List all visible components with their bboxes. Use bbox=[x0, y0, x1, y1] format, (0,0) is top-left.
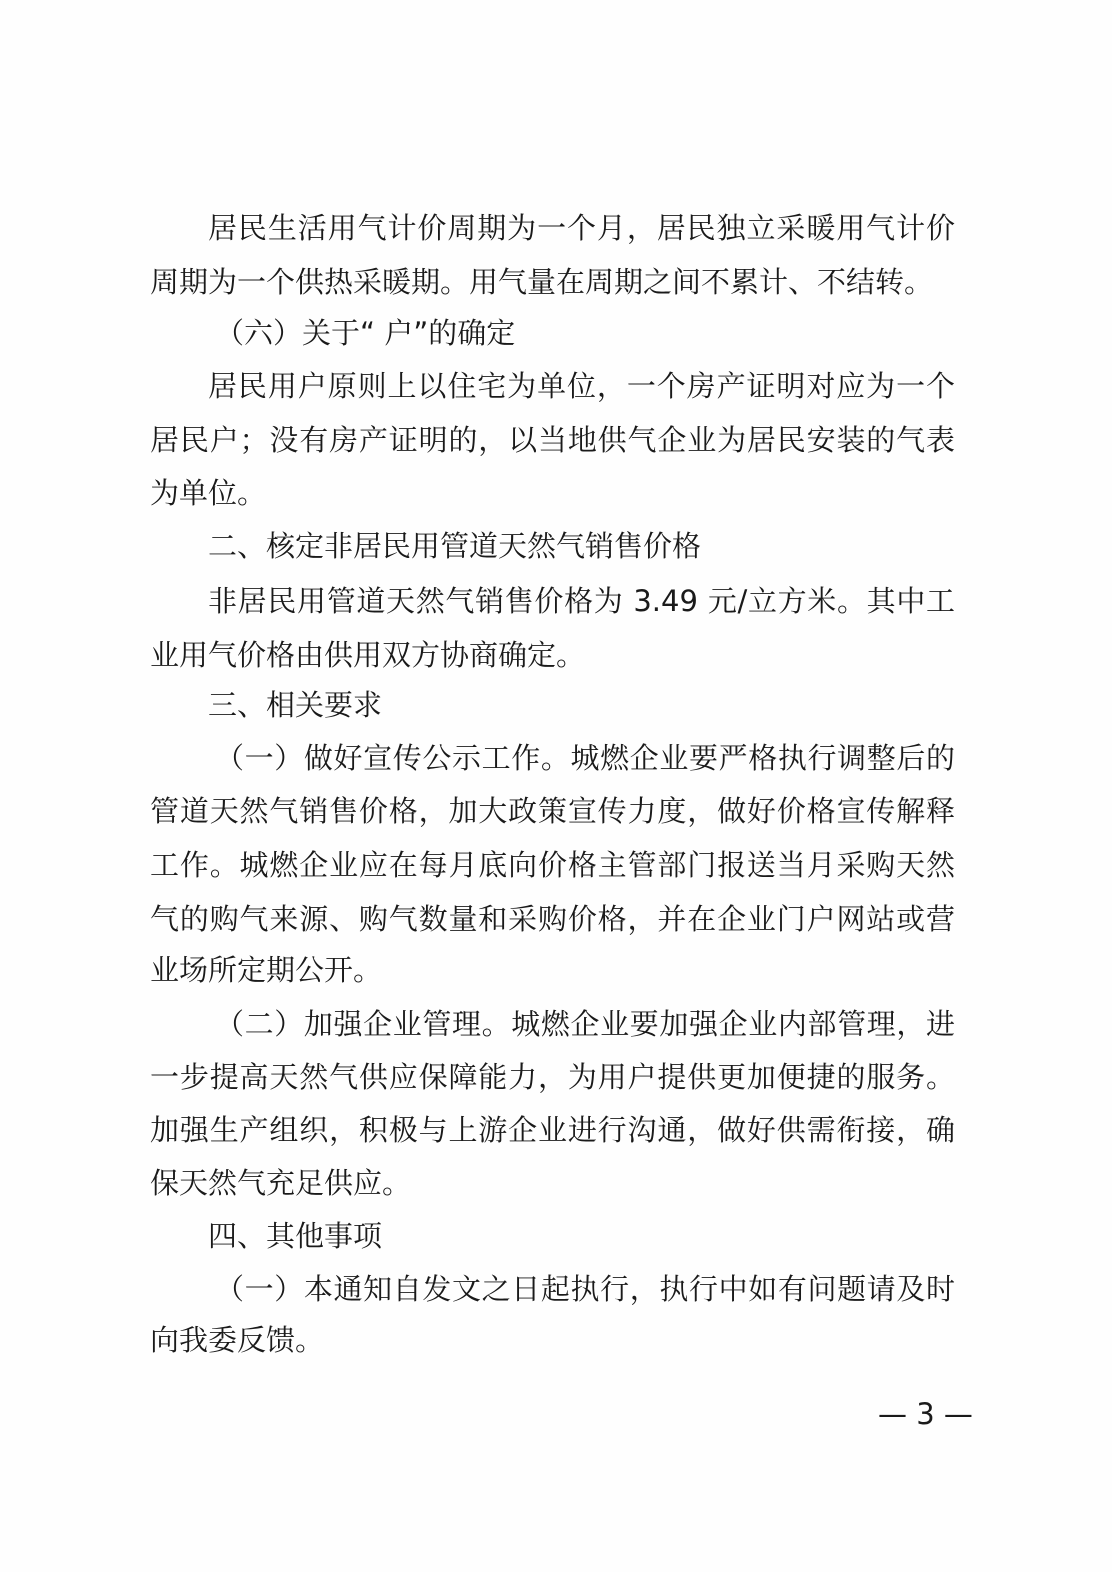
paragraph-line: 业用气价格由供用双方协商确定。 bbox=[150, 635, 585, 675]
section-heading: 三、相关要求 bbox=[208, 685, 382, 725]
paragraph-line: （一）本通知自发文之日起执行，执行中如有问题请及时 bbox=[215, 1269, 955, 1309]
section-heading: 四、其他事项 bbox=[208, 1216, 382, 1256]
paragraph-line: 周期为一个供热采暖期。用气量在周期之间不累计、不结转。 bbox=[150, 262, 933, 302]
paragraph-line: 气的购气来源、购气数量和采购价格，并在企业门户网站或营 bbox=[150, 899, 955, 939]
paragraph-line: 非居民用管道天然气销售价格为 3.49 元/立方米。其中工 bbox=[208, 581, 955, 621]
section-heading: 二、核定非居民用管道天然气销售价格 bbox=[208, 526, 701, 566]
document-page: 居民生活用气计价周期为一个月，居民独立采暖用气计价 周期为一个供热采暖期。用气量… bbox=[0, 0, 1112, 1572]
paragraph-line: 管道天然气销售价格，加大政策宣传力度，做好价格宣传解释 bbox=[150, 791, 955, 831]
paragraph-line: （二）加强企业管理。城燃企业要加强企业内部管理，进 bbox=[215, 1004, 955, 1044]
paragraph-line: 业场所定期公开。 bbox=[150, 950, 382, 990]
paragraph-line: （一）做好宣传公示工作。城燃企业要严格执行调整后的 bbox=[215, 738, 955, 778]
paragraph-line: 为单位。 bbox=[150, 473, 266, 513]
paragraph-line: 居民户；没有房产证明的，以当地供气企业为居民安装的气表 bbox=[150, 420, 955, 460]
page-number: — 3 — bbox=[878, 1394, 973, 1434]
paragraph-line: 保天然气充足供应。 bbox=[150, 1163, 411, 1203]
paragraph-line: 向我委反馈。 bbox=[150, 1320, 324, 1360]
section-subheading: （六）关于“ 户”的确定 bbox=[215, 313, 515, 353]
paragraph-line: 工作。城燃企业应在每月底向价格主管部门报送当月采购天然 bbox=[150, 845, 955, 885]
paragraph-line: 加强生产组织，积极与上游企业进行沟通，做好供需衔接，确 bbox=[150, 1110, 955, 1150]
paragraph-line: 居民用户原则上以住宅为单位，一个房产证明对应为一个 bbox=[208, 366, 955, 406]
paragraph-line: 一步提高天然气供应保障能力，为用户提供更加便捷的服务。 bbox=[150, 1057, 955, 1097]
paragraph-line: 居民生活用气计价周期为一个月，居民独立采暖用气计价 bbox=[208, 208, 955, 248]
